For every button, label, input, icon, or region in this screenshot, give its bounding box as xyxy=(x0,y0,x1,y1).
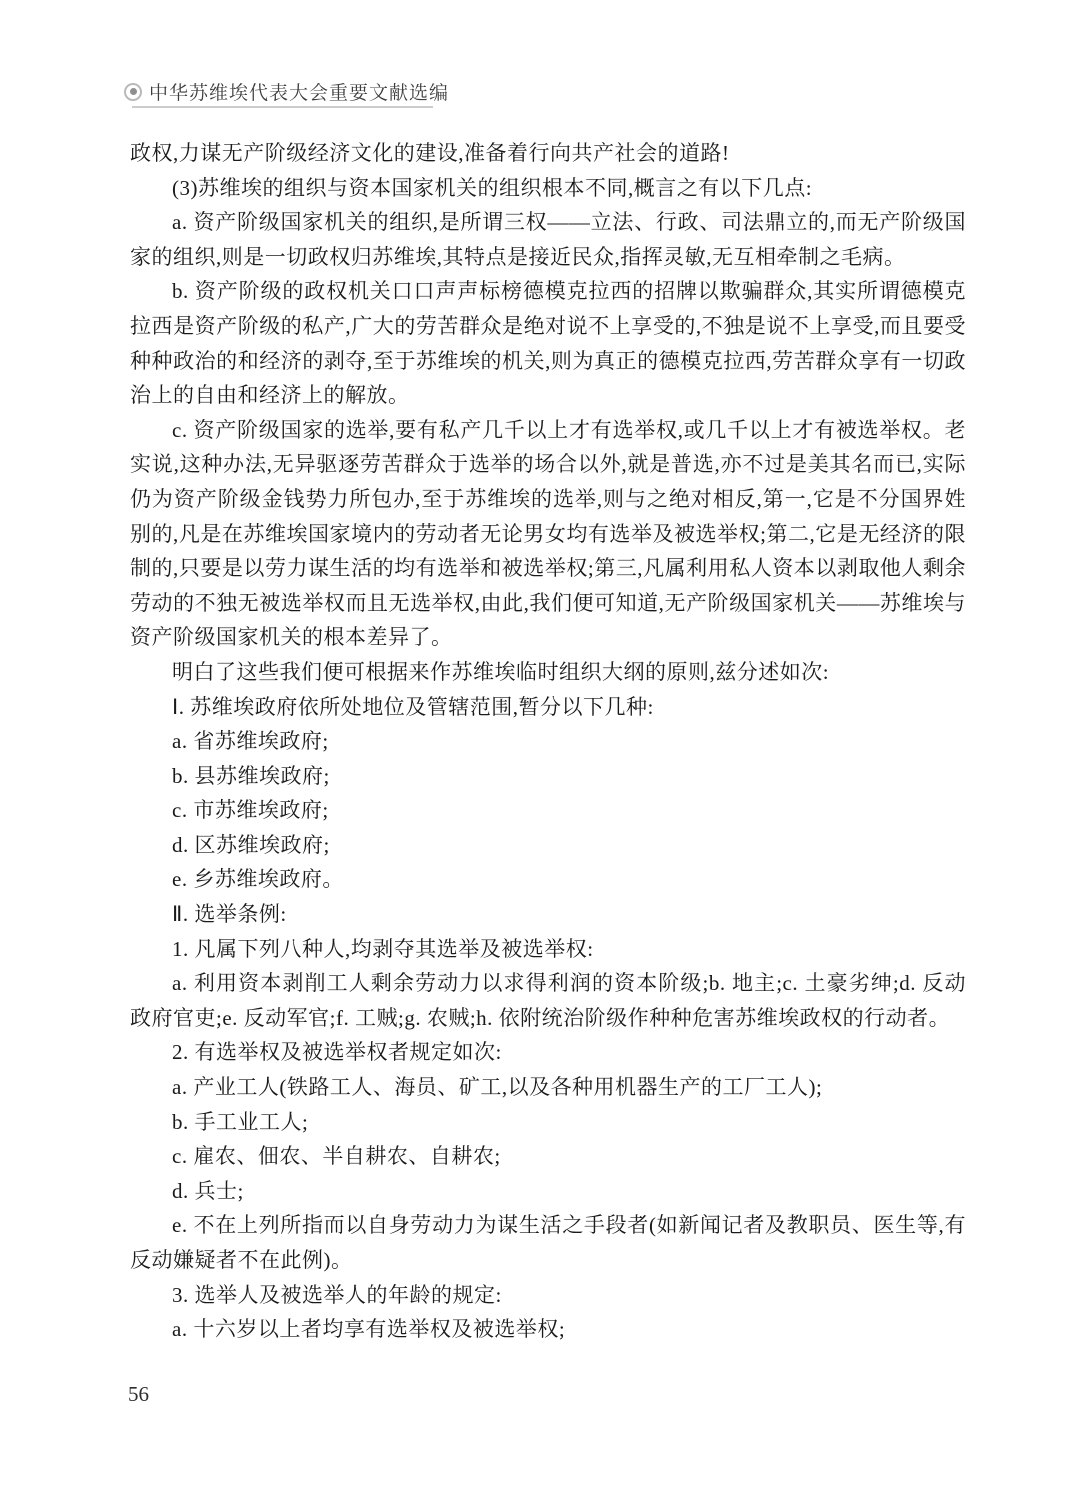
paragraph: b. 县苏维埃政府; xyxy=(130,759,966,794)
paragraph: Ⅱ. 选举条例: xyxy=(130,897,966,932)
paragraph: a. 省苏维埃政府; xyxy=(130,724,966,759)
paragraph: a. 十六岁以上者均享有选举权及被选举权; xyxy=(130,1312,966,1347)
paragraph: c. 资产阶级国家的选举,要有私产几千以上才有选举权,或几千以上才有被选举权。老… xyxy=(130,413,966,655)
header-underline xyxy=(132,106,433,108)
paragraph: d. 兵士; xyxy=(130,1174,966,1209)
paragraph: b. 手工业工人; xyxy=(130,1105,966,1140)
paragraph: 3. 选举人及被选举人的年龄的规定: xyxy=(130,1278,966,1313)
paragraph: a. 利用资本剥削工人剩余劳动力以求得利润的资本阶级;b. 地主;c. 土豪劣绅… xyxy=(130,966,966,1035)
paragraph: Ⅰ. 苏维埃政府依所处地位及管辖范围,暂分以下几种: xyxy=(130,690,966,725)
paragraph: d. 区苏维埃政府; xyxy=(130,828,966,863)
paragraph: a. 产业工人(铁路工人、海员、矿工,以及各种用机器生产的工厂工人); xyxy=(130,1070,966,1105)
bullet-circle-icon xyxy=(124,83,142,101)
document-body: 政权,力谋无产阶级经济文化的建设,准备着行向共产社会的道路!(3)苏维埃的组织与… xyxy=(130,136,966,1347)
paragraph: 2. 有选举权及被选举权者规定如次: xyxy=(130,1035,966,1070)
page-header: 中华苏维埃代表大会重要文献选编 xyxy=(124,78,449,105)
paragraph: (3)苏维埃的组织与资本国家机关的组织根本不同,概言之有以下几点: xyxy=(130,171,966,206)
paragraph: e. 不在上列所指而以自身劳动力为谋生活之手段者(如新闻记者及教职员、医生等,有… xyxy=(130,1208,966,1277)
book-page: 中华苏维埃代表大会重要文献选编 政权,力谋无产阶级经济文化的建设,准备着行向共产… xyxy=(0,0,1083,1508)
paragraph: a. 资产阶级国家机关的组织,是所谓三权——立法、行政、司法鼎立的,而无产阶级国… xyxy=(130,205,966,274)
paragraph: b. 资产阶级的政权机关口口声声标榜德模克拉西的招牌以欺骗群众,其实所谓德模克拉… xyxy=(130,274,966,412)
paragraph: 政权,力谋无产阶级经济文化的建设,准备着行向共产社会的道路! xyxy=(130,136,966,171)
book-title: 中华苏维埃代表大会重要文献选编 xyxy=(149,78,449,105)
paragraph: e. 乡苏维埃政府。 xyxy=(130,862,966,897)
page-number: 56 xyxy=(128,1382,149,1407)
paragraph: 明白了这些我们便可根据来作苏维埃临时组织大纲的原则,兹分述如次: xyxy=(130,655,966,690)
paragraph: 1. 凡属下列八种人,均剥夺其选举及被选举权: xyxy=(130,932,966,967)
paragraph: c. 雇农、佃农、半自耕农、自耕农; xyxy=(130,1139,966,1174)
paragraph: c. 市苏维埃政府; xyxy=(130,793,966,828)
bullet-circle-dot xyxy=(130,88,137,95)
